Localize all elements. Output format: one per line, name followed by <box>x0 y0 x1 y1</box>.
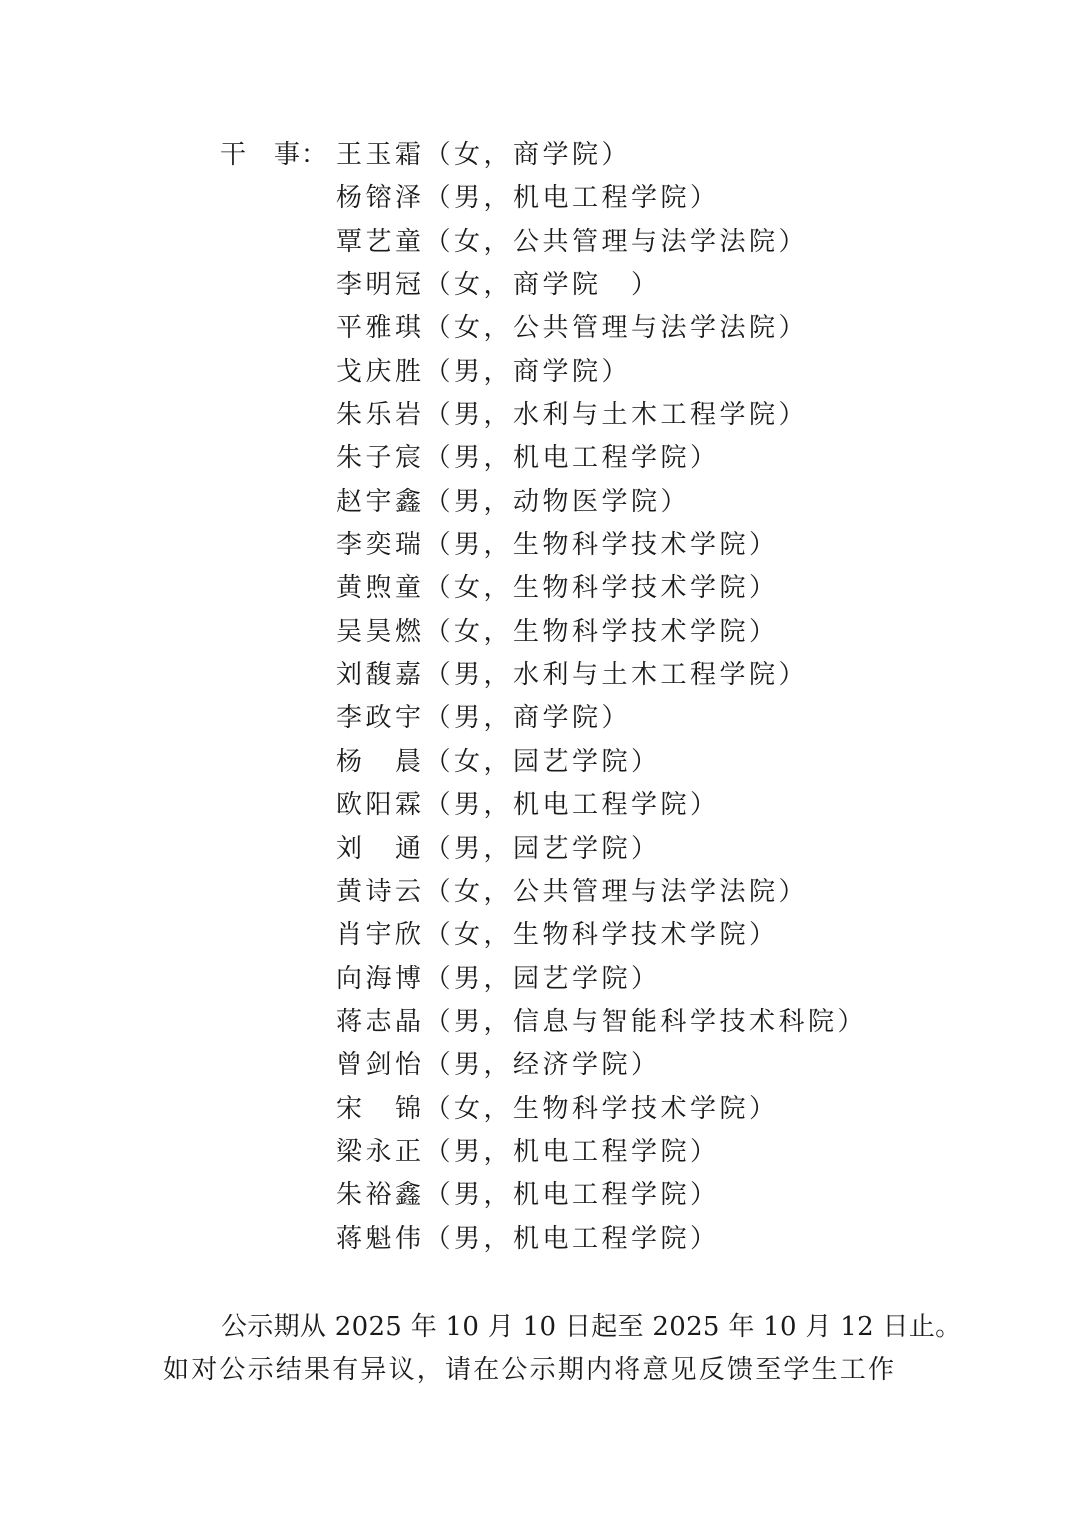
role-label-ganshi: 干 事： <box>220 134 328 177</box>
member-item: 朱子宸（男，机电工程学院） <box>336 437 867 480</box>
member-item: 曾剑怡（男，经济学院） <box>336 1044 867 1087</box>
member-item: 梁永正（男，机电工程学院） <box>336 1131 867 1174</box>
member-item: 向海博（男，园艺学院） <box>336 958 867 1001</box>
member-item: 黄煦童（女，生物科学技术学院） <box>336 567 867 610</box>
member-item: 欧阳霖（男，机电工程学院） <box>336 784 867 827</box>
member-item: 肖宇欣（女，生物科学技术学院） <box>336 914 867 957</box>
member-item: 戈庆胜（男，商学院） <box>336 351 867 394</box>
member-item: 蒋魁伟（男，机电工程学院） <box>336 1218 867 1261</box>
member-item: 赵宇鑫（男，动物医学院） <box>336 481 867 524</box>
member-item: 王玉霜（女，商学院） <box>336 134 867 177</box>
member-item: 黄诗云（女，公共管理与法学法院） <box>336 871 867 914</box>
member-item: 刘 通（男，园艺学院） <box>336 828 867 871</box>
notice-paragraph: 公示期从 2025 年 10 月 10 日起至 2025 年 10 月 12 日… <box>163 1306 923 1392</box>
member-item: 杨镕泽（男，机电工程学院） <box>336 177 867 220</box>
member-item: 蒋志晶（男，信息与智能科学技术科院） <box>336 1001 867 1044</box>
member-item: 李明冠（女，商学院 ） <box>336 264 867 307</box>
member-item: 朱乐岩（男，水利与土木工程学院） <box>336 394 867 437</box>
notice-objection-text: 如对公示结果有异议，请在公示期内将意见反馈至学生工作 <box>163 1349 923 1392</box>
member-item: 平雅琪（女，公共管理与法学法院） <box>336 307 867 350</box>
member-list: 王玉霜（女，商学院） 杨镕泽（男，机电工程学院） 覃艺童（女，公共管理与法学法院… <box>336 134 867 1261</box>
notice-period-text: 公示期从 2025 年 10 月 10 日起至 2025 年 10 月 12 日… <box>163 1306 923 1349</box>
member-item: 吴昊燃（女，生物科学技术学院） <box>336 611 867 654</box>
member-item: 刘馥嘉（男，水利与土木工程学院） <box>336 654 867 697</box>
document-page: 干 事： 王玉霜（女，商学院） 杨镕泽（男，机电工程学院） 覃艺童（女，公共管理… <box>0 0 1074 1520</box>
member-item: 朱裕鑫（男，机电工程学院） <box>336 1174 867 1217</box>
member-item: 李奕瑞（男，生物科学技术学院） <box>336 524 867 567</box>
member-item: 覃艺童（女，公共管理与法学法院） <box>336 221 867 264</box>
member-item: 李政宇（男，商学院） <box>336 697 867 740</box>
member-item: 杨 晨（女，园艺学院） <box>336 741 867 784</box>
member-item: 宋 锦（女，生物科学技术学院） <box>336 1088 867 1131</box>
